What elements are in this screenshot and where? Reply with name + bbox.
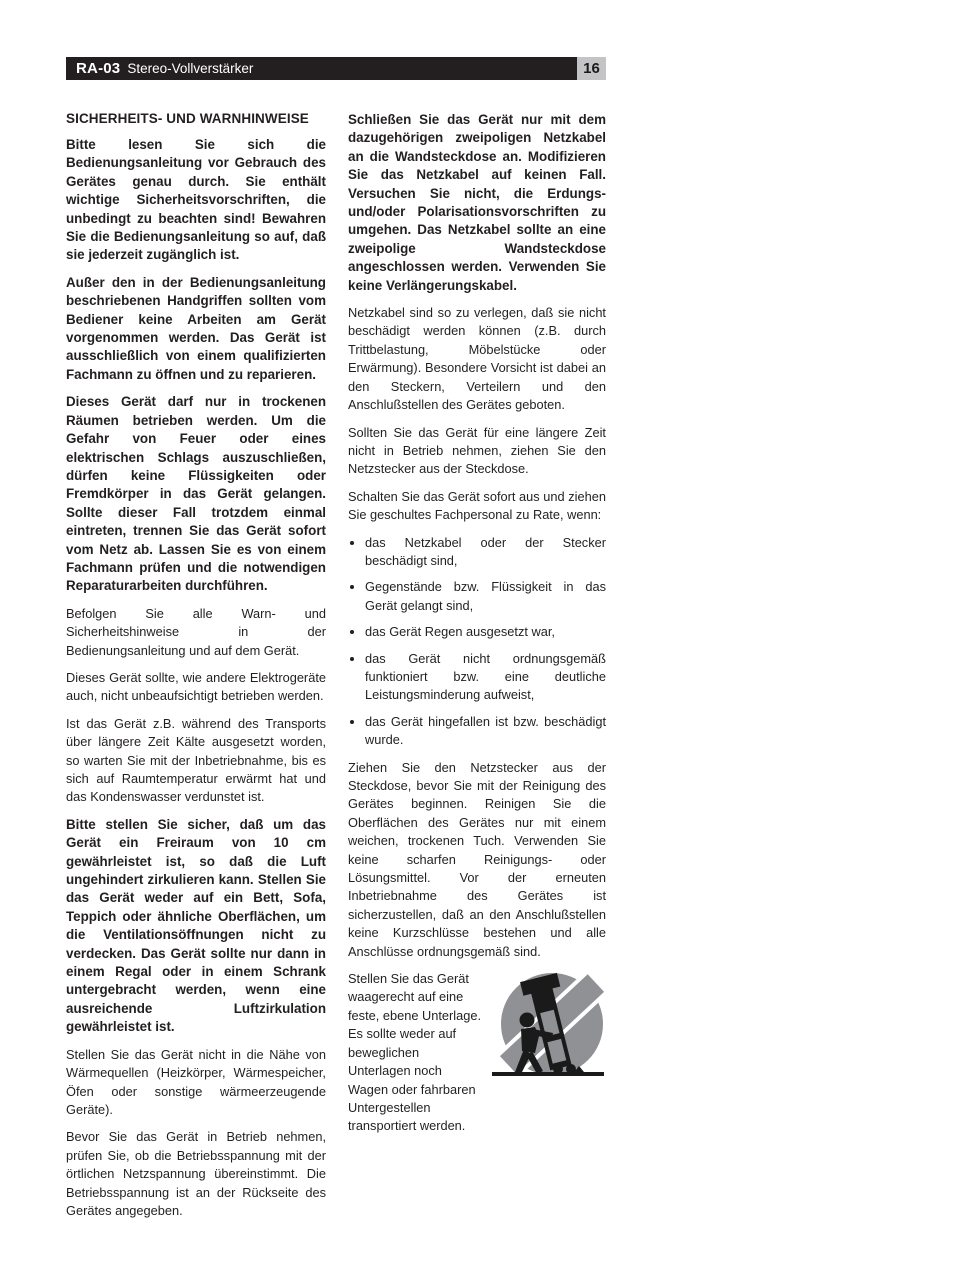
para-service-conditions-intro: Schalten Sie das Gerät sofort aus und zi… xyxy=(348,488,606,525)
header-subtitle: Stereo-Vollverstärker xyxy=(127,61,253,76)
para-heat-sources: Stellen Sie das Gerät nicht in die Nähe … xyxy=(66,1046,326,1120)
list-item: das Gerät nicht ordnungsgemäß funktionie… xyxy=(365,650,606,705)
page-header: RA-03 Stereo-Vollverstärker 16 xyxy=(66,57,606,80)
cart-warning-text: Stellen Sie das Gerät waagerecht auf ein… xyxy=(348,970,482,1136)
list-item: das Netzkabel oder der Stecker beschädig… xyxy=(365,534,606,571)
para-no-user-service: Außer den in der Bedienungsanleitung bes… xyxy=(66,274,326,384)
header-bar: RA-03 Stereo-Vollverstärker xyxy=(66,57,577,80)
para-check-voltage: Bevor Sie das Gerät in Betrieb nehmen, p… xyxy=(66,1128,326,1220)
no-cart-icon xyxy=(490,972,606,1084)
para-cleaning: Ziehen Sie den Netzstecker aus der Steck… xyxy=(348,759,606,961)
two-column-layout: SICHERHEITS- UND WARNHINWEISE Bitte lese… xyxy=(66,111,606,1229)
para-ventilation-clearance: Bitte stellen Sie sicher, daß um das Ger… xyxy=(66,816,326,1037)
section-heading: SICHERHEITS- UND WARNHINWEISE xyxy=(66,111,326,126)
para-cold-transport: Ist das Gerät z.B. während des Transport… xyxy=(66,715,326,807)
para-power-cord: Schließen Sie das Gerät nur mit dem dazu… xyxy=(348,111,606,295)
para-dry-rooms-only: Dieses Gerät darf nur in trockenen Räume… xyxy=(66,393,326,595)
list-item: das Gerät hingefallen ist bzw. beschädig… xyxy=(365,713,606,750)
para-unplug-long-idle: Sollten Sie das Gerät für eine längere Z… xyxy=(348,424,606,479)
service-conditions-list: das Netzkabel oder der Stecker beschädig… xyxy=(348,534,606,750)
cart-warning: Stellen Sie das Gerät waagerecht auf ein… xyxy=(348,970,606,1136)
right-column: Schließen Sie das Gerät nur mit dem dazu… xyxy=(348,111,606,1229)
para-read-manual: Bitte lesen Sie sich die Bedienungsanlei… xyxy=(66,136,326,265)
left-column: SICHERHEITS- UND WARNHINWEISE Bitte lese… xyxy=(66,111,326,1229)
list-item: das Gerät Regen ausgesetzt war, xyxy=(365,623,606,641)
list-item: Gegenstände bzw. Flüssigkeit in das Gerä… xyxy=(365,578,606,615)
para-no-unattended-use: Dieses Gerät sollte, wie andere Elektrog… xyxy=(66,669,326,706)
page-content: RA-03 Stereo-Vollverstärker 16 SICHERHEI… xyxy=(66,57,606,1229)
para-cord-routing: Netzkabel sind so zu verlegen, daß sie n… xyxy=(348,304,606,414)
manual-page: RA-03 Stereo-Vollverstärker 16 SICHERHEI… xyxy=(0,0,954,1272)
para-follow-warnings: Befolgen Sie alle Warn- und Sicherheitsh… xyxy=(66,605,326,660)
model-name: RA-03 xyxy=(76,60,120,77)
page-number-badge: 16 xyxy=(577,57,606,80)
